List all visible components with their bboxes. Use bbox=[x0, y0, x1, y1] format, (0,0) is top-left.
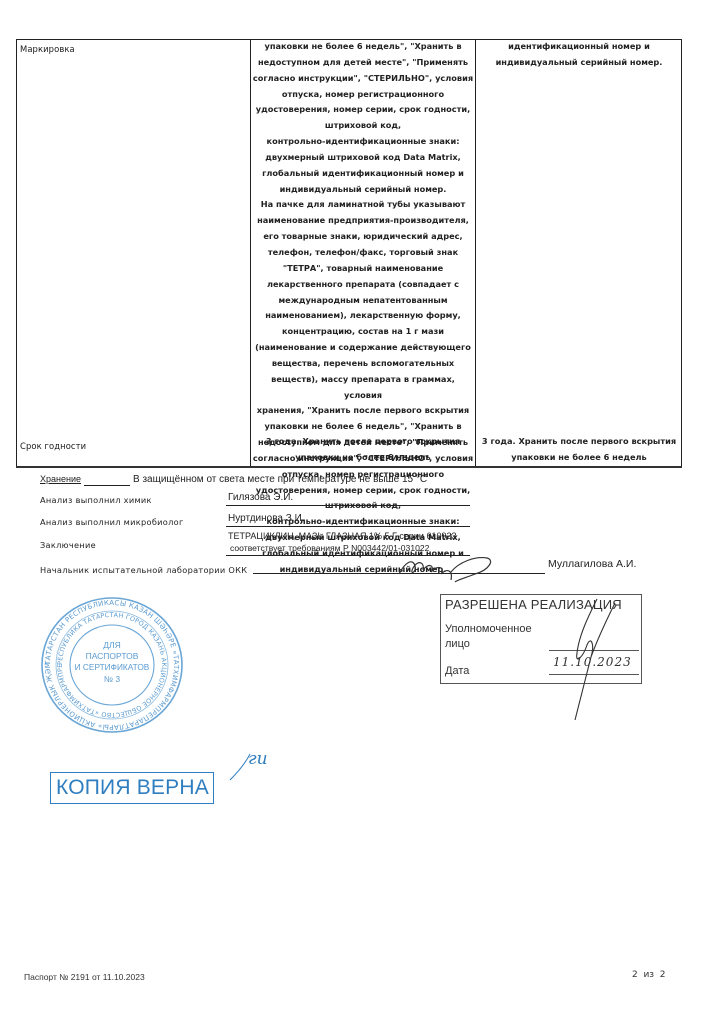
shelf-life-requirement-text: 3 года. Хранить после первого вскрытияуп… bbox=[251, 434, 475, 466]
cell-line: наименованием), лекарственную форму, bbox=[251, 308, 475, 324]
table-column-divider bbox=[475, 39, 476, 466]
cell-line: отпуска, номер регистрационного bbox=[251, 87, 475, 103]
cell-line: "ТЕТРА", товарный наименование bbox=[251, 261, 475, 277]
cell-line: (наименование и содержание действующего bbox=[251, 340, 475, 356]
cell-line: идентификационный номер и bbox=[476, 39, 682, 55]
shelf-life-result-cell: 3 года. Хранить после первого вскрытияуп… bbox=[476, 434, 682, 466]
chemist-name: Гилязова Э.И. bbox=[228, 492, 293, 503]
row-label-marking: Маркировка bbox=[20, 44, 75, 54]
svg-text:И СЕРТИФИКАТОВ: И СЕРТИФИКАТОВ bbox=[75, 662, 150, 672]
microbiologist-underline bbox=[226, 526, 470, 527]
svg-text:ПАСПОРТОВ: ПАСПОРТОВ bbox=[86, 651, 139, 661]
cell-line: упаковки не более 6 недель", "Хранить в bbox=[251, 419, 475, 435]
cell-line: хранения, "Хранить после первого вскрыти… bbox=[251, 403, 475, 419]
round-company-stamp: ТАТАРСТАН РЕСПУБЛИКАСЫ КАЗАН ШӘҺӘРЕ «ТАТ… bbox=[38, 596, 186, 734]
cell-line: вещества, перечень вспомогательных bbox=[251, 356, 475, 372]
cell-line: его товарные знаки, юридический адрес, bbox=[251, 229, 475, 245]
cell-line: наименование предприятия-производителя, bbox=[251, 213, 475, 229]
shelf-life-requirement-cell: 3 года. Хранить после первого вскрытияуп… bbox=[251, 434, 475, 466]
cell-line: согласно инструкции", "СТЕРИЛЬНО", услов… bbox=[251, 71, 475, 87]
head-signature-icon bbox=[395, 552, 515, 586]
microbiologist-label: Анализ выполнил микробиолог bbox=[40, 517, 184, 527]
head-name: Муллагилова А.И. bbox=[548, 558, 636, 570]
cell-line: недоступном для детей месте", "Применять bbox=[251, 55, 475, 71]
marking-result-cell: идентификационный номер ииндивидуальный … bbox=[476, 39, 682, 71]
cell-line: контрольно-идентификационные знаки: bbox=[251, 134, 475, 150]
svg-text:ДЛЯ: ДЛЯ bbox=[103, 640, 120, 650]
cell-line: концентрацию, состав на 1 г мази bbox=[251, 324, 475, 340]
cell-line: упаковки не более 6 недель bbox=[476, 450, 682, 466]
passport-number: Паспорт № 2191 от 11.10.2023 bbox=[24, 972, 145, 982]
chemist-underline bbox=[226, 505, 470, 506]
authorized-signature-icon bbox=[565, 595, 625, 725]
storage-value: В защищённом от света месте при температ… bbox=[133, 474, 427, 485]
cell-line: телефон, телефон/факс, торговый знак bbox=[251, 245, 475, 261]
cell-line: индивидуальный серийный номер. bbox=[251, 182, 475, 198]
cell-line: упаковки не более 6 недель", "Хранить в bbox=[251, 39, 475, 55]
authorized-person-label-1: Уполномоченное bbox=[445, 623, 532, 635]
storage-label: Хранение bbox=[40, 474, 81, 484]
cell-line: 3 года. Хранить после первого вскрытия bbox=[251, 434, 475, 450]
cell-line: глобальный идентификационный номер и bbox=[251, 166, 475, 182]
cell-line: упаковки не более 6 недель bbox=[251, 450, 475, 466]
cell-line: двухмерный штриховой код Data Matrix, bbox=[251, 150, 475, 166]
svg-text:№ 3: № 3 bbox=[104, 674, 120, 684]
copy-verified-stamp: КОПИЯ ВЕРНА bbox=[50, 772, 214, 804]
storage-underline bbox=[84, 485, 130, 486]
cell-line: удостоверения, номер серии, срок годност… bbox=[251, 102, 475, 118]
copy-verified-label: КОПИЯ ВЕРНА bbox=[56, 776, 209, 800]
copy-initials-signature-icon: ги bbox=[228, 744, 278, 784]
conclusion-line-1: ТЕТРАЦИКЛИН, МАЗЬ ГЛАЗНАЯ 1% 5 Г серии 6… bbox=[228, 531, 457, 541]
cell-line: индивидуальный серийный номер. bbox=[476, 55, 682, 71]
head-label: Начальник испытательной лаборатории ОКК bbox=[40, 565, 247, 575]
cell-line: лекарственного препарата (совпадает с bbox=[251, 277, 475, 293]
authorized-person-label-2: лицо bbox=[445, 638, 470, 650]
row-label-shelf-life: Срок годности bbox=[20, 441, 86, 451]
cell-line: веществ), массу препарата в граммах, усл… bbox=[251, 372, 475, 404]
chemist-label: Анализ выполнил химик bbox=[40, 495, 152, 505]
date-label: Дата bbox=[445, 665, 469, 677]
marking-result-text: идентификационный номер ииндивидуальный … bbox=[476, 39, 682, 71]
shelf-life-result-text: 3 года. Хранить после первого вскрытияуп… bbox=[476, 434, 682, 466]
page-indicator: 2 из 2 bbox=[632, 970, 666, 980]
cell-line: На пачке для ламинатной тубы указывают bbox=[251, 197, 475, 213]
cell-line: 3 года. Хранить после первого вскрытия bbox=[476, 434, 682, 450]
cell-line: международным непатентованным bbox=[251, 293, 475, 309]
conclusion-label: Заключение bbox=[40, 540, 96, 550]
svg-text:ги: ги bbox=[248, 749, 268, 769]
microbiologist-name: Нуртдинова З.И. bbox=[228, 513, 305, 524]
cell-line: штриховой код, bbox=[251, 118, 475, 134]
